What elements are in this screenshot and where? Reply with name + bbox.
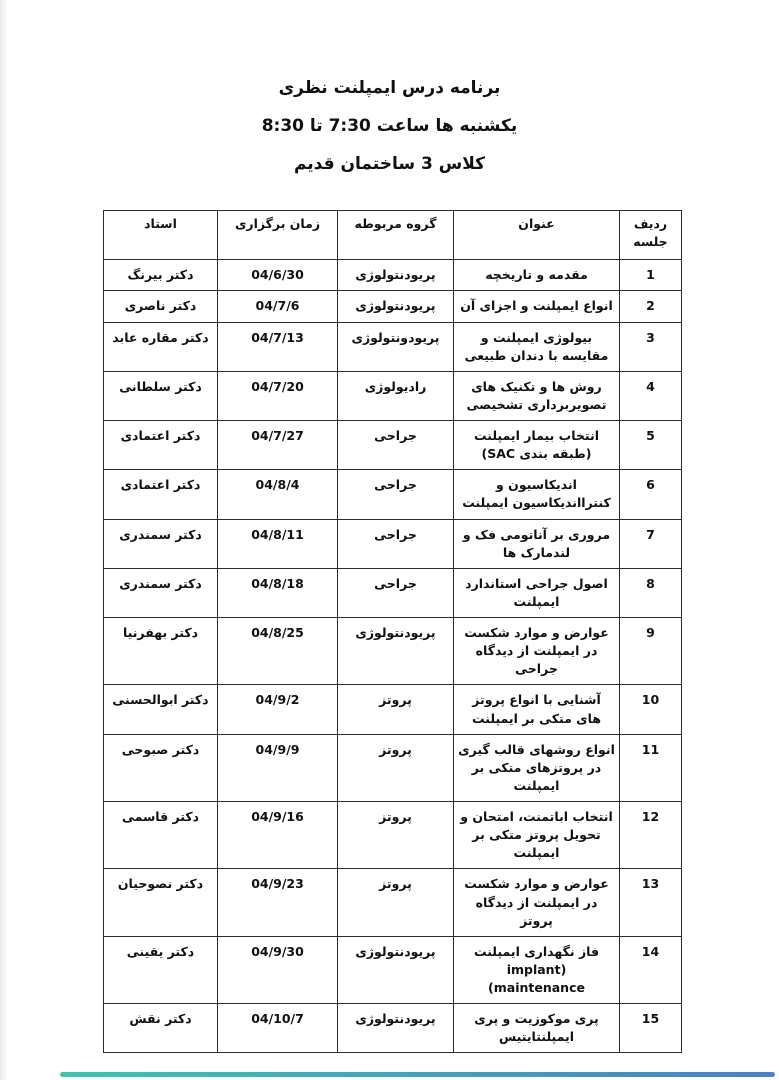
session-title-cell: عوارض و موارد شکست در ایمپلنت از دیدگاه … (454, 869, 620, 936)
schedule-table: ردیف جلسه عنوان گروه مربوطه زمان برگزاری… (103, 210, 682, 1053)
session-no-cell: 5 (620, 421, 682, 470)
session-date-cell: 04/9/16 (218, 802, 338, 869)
session-instructor-cell: دکتر ناصری (104, 291, 218, 322)
col-header-title: عنوان (454, 211, 620, 260)
table-row: 10آشنایی با انواع پروتز های متکی بر ایمپ… (104, 685, 682, 734)
table-row: 15پری موکوزیت و پری ایمپلنتایتیسپریودنتو… (104, 1004, 682, 1053)
session-no-cell: 3 (620, 322, 682, 371)
session-group-cell: جراحی (338, 470, 454, 519)
session-instructor-cell: دکتر سمندری (104, 519, 218, 568)
table-row: 1مقدمه و تاریخچهپریودنتولوژی04/6/30دکتر … (104, 260, 682, 291)
session-group-cell: پریودونتولوژی (338, 322, 454, 371)
session-title-cell: انتخاب بیمار ایمپلنت (طبقه بندی SAC) (454, 421, 620, 470)
session-date-cell: 04/7/6 (218, 291, 338, 322)
table-row: 12انتخاب اباتمنت، امتحان و تحویل پروتز م… (104, 802, 682, 869)
session-no-cell: 12 (620, 802, 682, 869)
table-row: 2انواع ایمپلنت و اجزای آنپریودنتولوژی04/… (104, 291, 682, 322)
session-no-cell: 9 (620, 618, 682, 685)
session-title-cell: مقدمه و تاریخچه (454, 260, 620, 291)
session-no-cell: 4 (620, 371, 682, 420)
col-header-session-no: ردیف جلسه (620, 211, 682, 260)
table-row: 3بیولوژی ایمپلنت و مقایسه با دندان طبیعی… (104, 322, 682, 371)
session-instructor-cell: دکتر نقش (104, 1004, 218, 1053)
session-date-cell: 04/8/11 (218, 519, 338, 568)
col-header-instructor: استاد (104, 211, 218, 260)
session-date-cell: 04/10/7 (218, 1004, 338, 1053)
session-group-cell: پریودنتولوژی (338, 936, 454, 1003)
session-date-cell: 04/9/23 (218, 869, 338, 936)
session-group-cell: پریودنتولوژی (338, 260, 454, 291)
session-group-cell: جراحی (338, 568, 454, 617)
document-page: برنامه درس ایمپلنت نظری یکشنبه ها ساعت 7… (0, 0, 779, 1080)
session-group-cell: پریودنتولوژی (338, 618, 454, 685)
session-date-cell: 04/8/18 (218, 568, 338, 617)
session-instructor-cell: دکتر نصوحیان (104, 869, 218, 936)
session-instructor-cell: دکتر صبوحی (104, 734, 218, 801)
doc-title-line-3: کلاس 3 ساختمان قدیم (0, 154, 779, 174)
session-no-cell: 1 (620, 260, 682, 291)
session-title-cell: انتخاب اباتمنت، امتحان و تحویل پروتز متک… (454, 802, 620, 869)
table-header-row: ردیف جلسه عنوان گروه مربوطه زمان برگزاری… (104, 211, 682, 260)
session-date-cell: 04/6/30 (218, 260, 338, 291)
session-date-cell: 04/9/30 (218, 936, 338, 1003)
bottom-gradient-bar (60, 1072, 775, 1077)
session-instructor-cell: دکتر بیرنگ (104, 260, 218, 291)
session-title-cell: فاز نگهداری ایمپلنت (implant maintenance… (454, 936, 620, 1003)
session-no-cell: 13 (620, 869, 682, 936)
session-instructor-cell: دکتر بهفرنیا (104, 618, 218, 685)
session-instructor-cell: دکتر مقاره عابد (104, 322, 218, 371)
table-row: 7مروری بر آناتومی فک و لندمارک هاجراحی04… (104, 519, 682, 568)
session-no-cell: 10 (620, 685, 682, 734)
table-row: 9عوارض و موارد شکست در ایمپلنت از دیدگاه… (104, 618, 682, 685)
session-instructor-cell: دکتر سلطانی (104, 371, 218, 420)
doc-title-line-1: برنامه درس ایمپلنت نظری (0, 78, 779, 98)
session-instructor-cell: دکتر اعتمادی (104, 421, 218, 470)
session-group-cell: پروتز (338, 685, 454, 734)
col-header-date: زمان برگزاری (218, 211, 338, 260)
session-group-cell: پریودنتولوژی (338, 1004, 454, 1053)
session-no-cell: 7 (620, 519, 682, 568)
session-group-cell: پریودنتولوژی (338, 291, 454, 322)
session-instructor-cell: دکتر اعتمادی (104, 470, 218, 519)
col-header-group: گروه مربوطه (338, 211, 454, 260)
session-group-cell: پروتز (338, 869, 454, 936)
session-title-cell: مروری بر آناتومی فک و لندمارک ها (454, 519, 620, 568)
session-group-cell: جراحی (338, 421, 454, 470)
session-date-cell: 04/8/25 (218, 618, 338, 685)
session-title-cell: عوارض و موارد شکست در ایمپلنت از دیدگاه … (454, 618, 620, 685)
session-instructor-cell: دکتر یقینی (104, 936, 218, 1003)
table-row: 5انتخاب بیمار ایمپلنت (طبقه بندی SAC)جرا… (104, 421, 682, 470)
session-no-cell: 2 (620, 291, 682, 322)
table-row: 13عوارض و موارد شکست در ایمپلنت از دیدگا… (104, 869, 682, 936)
session-date-cell: 04/7/13 (218, 322, 338, 371)
session-title-cell: اصول جراحی استاندارد ایمپلنت (454, 568, 620, 617)
table-row: 4روش ها و تکنیک های تصویربرداری تشخیصیرا… (104, 371, 682, 420)
session-no-cell: 14 (620, 936, 682, 1003)
session-group-cell: جراحی (338, 519, 454, 568)
table-row: 8اصول جراحی استاندارد ایمپلنتجراحی04/8/1… (104, 568, 682, 617)
table-row: 11انواع روشهای قالب گیری در پروتزهای متک… (104, 734, 682, 801)
session-no-cell: 6 (620, 470, 682, 519)
table-row: 6اندیکاسیون و کنترااندیکاسیون ایمپلنتجرا… (104, 470, 682, 519)
session-date-cell: 04/7/27 (218, 421, 338, 470)
session-date-cell: 04/9/9 (218, 734, 338, 801)
session-date-cell: 04/9/2 (218, 685, 338, 734)
session-group-cell: پروتز (338, 734, 454, 801)
session-group-cell: رادیولوژی (338, 371, 454, 420)
doc-title-block: برنامه درس ایمپلنت نظری یکشنبه ها ساعت 7… (0, 78, 779, 192)
session-title-cell: انواع ایمپلنت و اجزای آن (454, 291, 620, 322)
session-title-cell: انواع روشهای قالب گیری در پروتزهای متکی … (454, 734, 620, 801)
session-title-cell: آشنایی با انواع پروتز های متکی بر ایمپلن… (454, 685, 620, 734)
session-title-cell: اندیکاسیون و کنترااندیکاسیون ایمپلنت (454, 470, 620, 519)
session-instructor-cell: دکتر سمندری (104, 568, 218, 617)
doc-title-line-2: یکشنبه ها ساعت 7:30 تا 8:30 (0, 116, 779, 136)
session-no-cell: 15 (620, 1004, 682, 1053)
session-date-cell: 04/7/20 (218, 371, 338, 420)
session-instructor-cell: دکتر ابوالحسنی (104, 685, 218, 734)
table-row: 14فاز نگهداری ایمپلنت (implant maintenan… (104, 936, 682, 1003)
session-date-cell: 04/8/4 (218, 470, 338, 519)
session-title-cell: پری موکوزیت و پری ایمپلنتایتیس (454, 1004, 620, 1053)
session-no-cell: 8 (620, 568, 682, 617)
session-no-cell: 11 (620, 734, 682, 801)
session-group-cell: پروتز (338, 802, 454, 869)
session-title-cell: روش ها و تکنیک های تصویربرداری تشخیصی (454, 371, 620, 420)
session-title-cell: بیولوژی ایمپلنت و مقایسه با دندان طبیعی (454, 322, 620, 371)
session-instructor-cell: دکتر قاسمی (104, 802, 218, 869)
